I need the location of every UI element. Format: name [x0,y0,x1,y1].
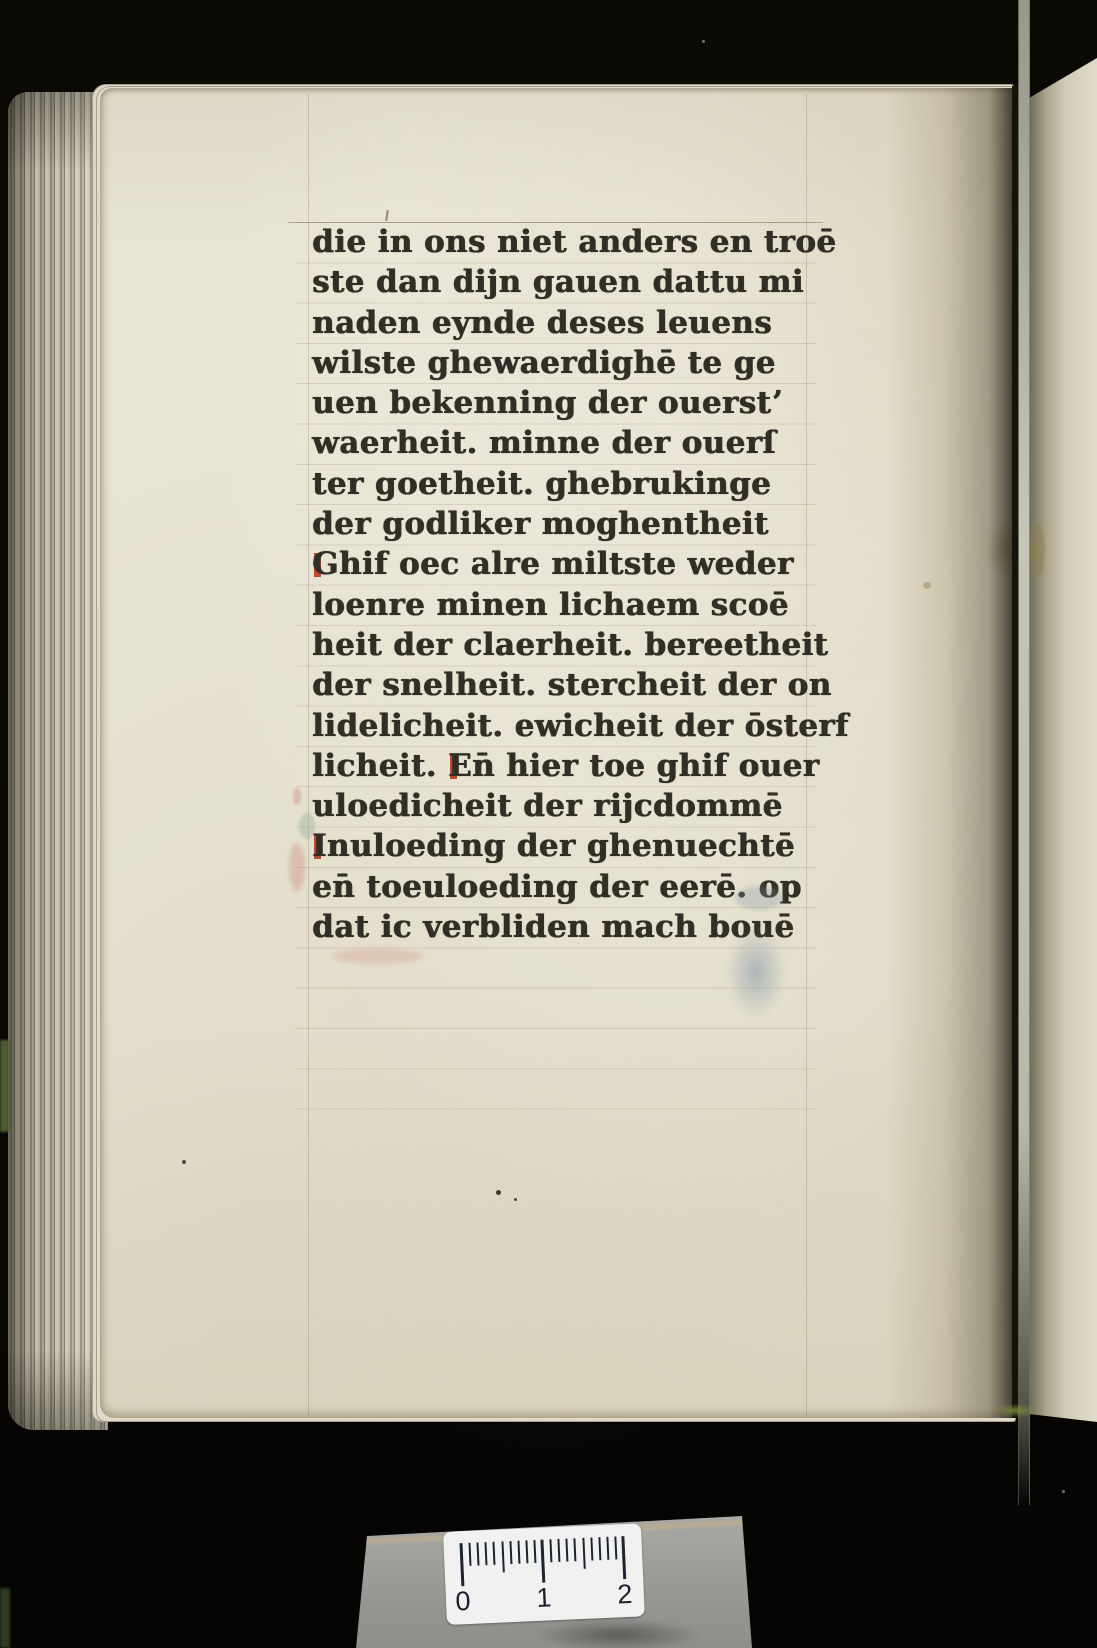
text-line: der snelheit. stercheit der on [312,667,817,707]
dirt-speck [182,1160,186,1164]
ruler-label: 0 [452,1586,473,1618]
ruler-tick [477,1542,480,1565]
text-line: wilste ghewaerdighē te ge [312,345,817,385]
ruler-tick [598,1537,601,1560]
ruler-tick [590,1538,593,1561]
card-shadow [538,1620,698,1648]
text-line: Ghif oec alre miltste weder [312,546,817,586]
dirt-speck [496,1190,501,1195]
dirt-speck [514,1198,517,1201]
red-offset-smudge [289,843,305,891]
rubric-initial: I [312,828,327,864]
ruler-label: 1 [533,1582,554,1614]
text-block: die in ons niet anders en troēste dan di… [312,224,817,949]
cm-scale-bar: 012 [443,1523,645,1625]
ruler-tick [558,1539,561,1562]
ruler-tick [485,1542,488,1565]
green-debris [993,1404,1037,1417]
rubric-initial: E [448,748,472,784]
ruler-tick [582,1538,585,1569]
text-line: ste dan dijn gauen dattu mi [312,264,817,304]
ruler-tick [566,1539,569,1562]
text-line: waerheit. minne der ouerſ [312,425,817,465]
blue-smudge [735,886,783,910]
text-line: Inuloeding der ghenuechtē [312,828,817,868]
ruler-tick [540,1540,545,1583]
ruler-tick [469,1543,472,1566]
text-line: die in ons niet anders en troē [312,224,817,264]
ruler-tick [574,1538,577,1561]
text-line: heit der claerheit. bereetheit [312,627,817,667]
facing-page-edge [1029,58,1097,1430]
ruler-tick [621,1536,626,1579]
manuscript-page: die in ons niet anders en troēste dan di… [100,88,1015,1418]
glass-rod [1018,0,1030,1505]
ruler-tick [493,1542,496,1565]
text-line: ter goetheit. ghebrukinge [312,466,817,506]
ruler-tick [525,1540,528,1563]
ruler-tick [501,1541,504,1572]
gray-green-smudge [299,813,315,839]
manuscript-photo: die in ons niet anders en troēste dan di… [0,0,1097,1648]
text-line: uen bekenning der ouerstʼ [312,385,817,425]
green-background-sliver [0,1588,10,1648]
text-line: lidelicheit. ewicheit der ōsterf [312,708,817,748]
dust-speck [702,40,705,43]
pen-trial-mark [385,210,389,221]
text-line: loenre minen lichaem scoē [312,587,817,627]
ruler-tick [606,1537,609,1560]
ruler-tick [460,1543,465,1586]
ruler-label: 2 [614,1579,635,1611]
text-line: uloedicheit der rijcdommē [312,788,817,828]
ruler-tick [533,1540,536,1563]
gutter-shadow [885,88,1015,1418]
blue-smudge [726,926,786,1018]
ruler-tick [509,1541,512,1564]
red-offset-smudge [293,788,301,805]
dust-speck [1062,1490,1065,1493]
ruler-tick [614,1536,617,1559]
text-line: der godliker moghentheit [312,506,817,546]
ruler-tick [550,1539,553,1562]
green-background-sliver [0,1040,9,1132]
ruler-tick [517,1541,520,1564]
text-line: licheit. En̄ hier toe ghif ouer [312,748,817,788]
brown-stain [1029,524,1045,578]
red-offset-smudge [333,948,423,964]
text-line: naden eynde deses leuens [312,305,817,345]
rubric-initial: G [312,546,339,582]
dust-speck [906,122,909,125]
ruler-ticks [461,1536,629,1589]
